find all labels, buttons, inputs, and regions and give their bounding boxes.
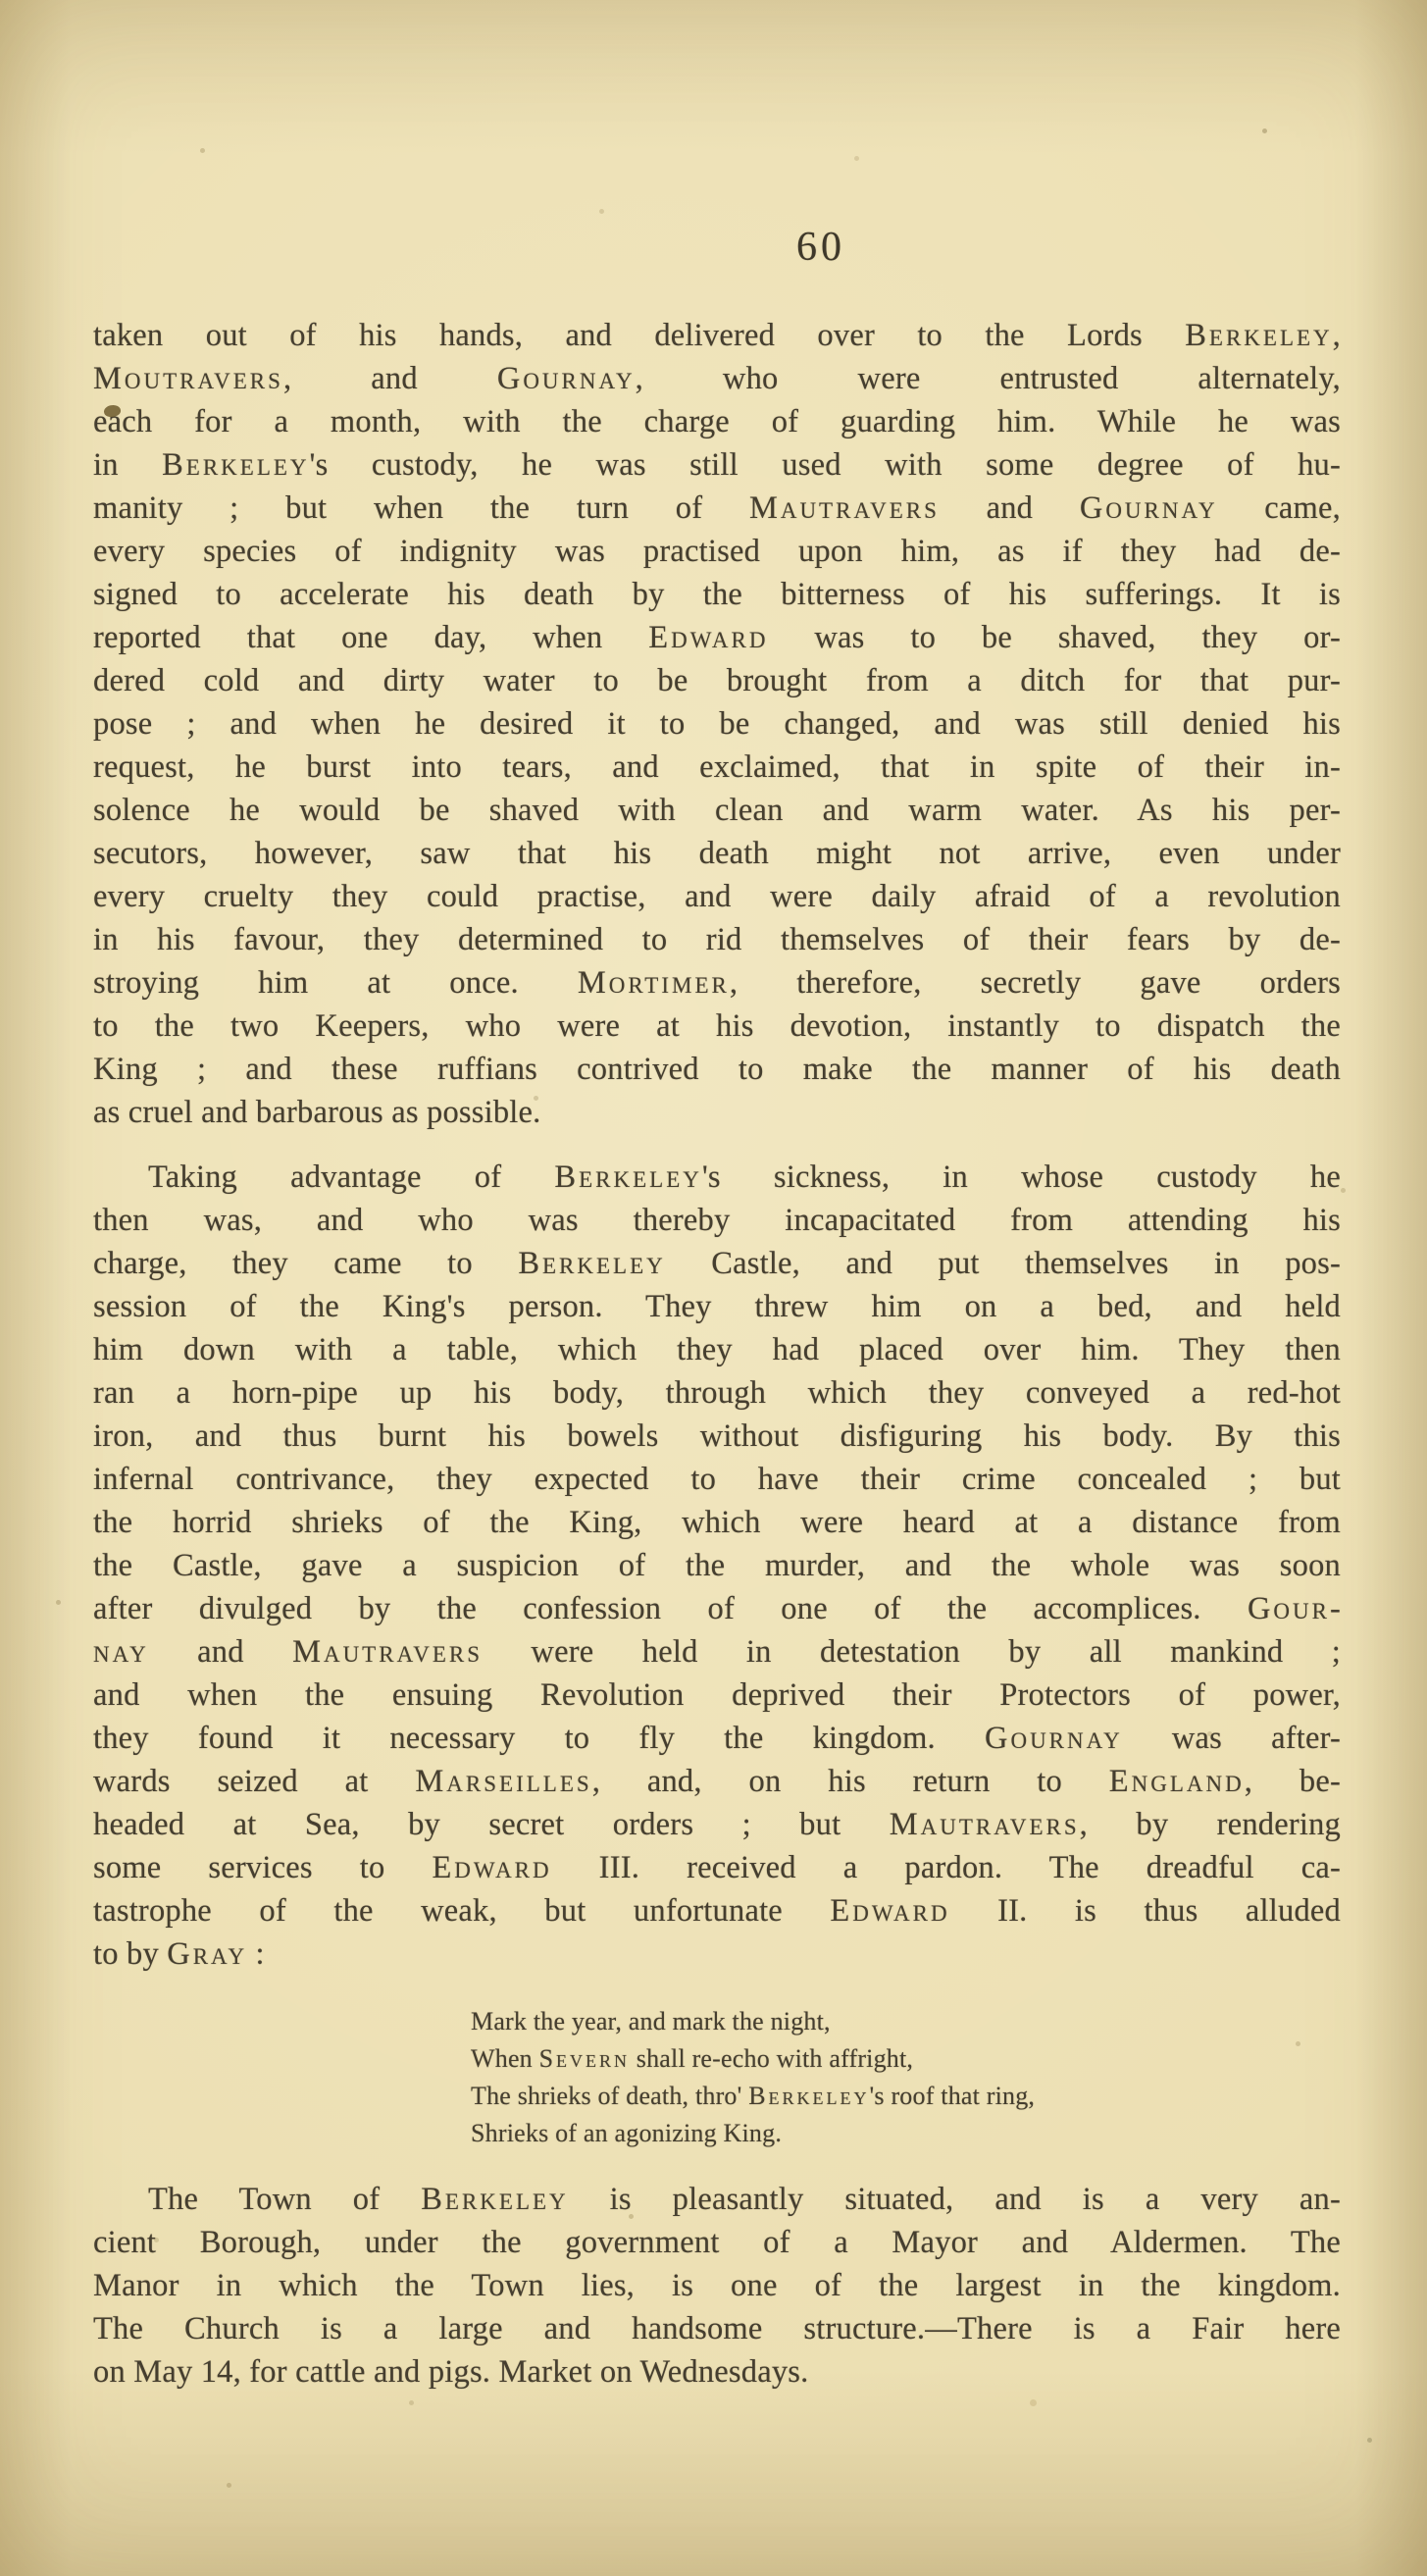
text-line: infernal contrivance, they expected to h… bbox=[93, 1458, 1341, 1501]
text-line: the horrid shrieks of the King, which we… bbox=[93, 1501, 1341, 1544]
text-line: signed to accelerate his death by the bi… bbox=[93, 573, 1341, 616]
small-caps-name: Berkeley bbox=[554, 1159, 701, 1195]
text-line: Taking advantage of Berkeley's sickness,… bbox=[93, 1156, 1341, 1199]
text-line: tastrophe of the weak, but unfortunate E… bbox=[93, 1889, 1341, 1932]
paragraph-murder-account: Taking advantage of Berkeley's sickness,… bbox=[93, 1156, 1341, 1976]
text-line: in Berkeley's custody, he was still used… bbox=[93, 443, 1341, 487]
text-line: to by Gray : bbox=[93, 1932, 1341, 1976]
small-caps-name: Mortimer bbox=[578, 965, 730, 1001]
paragraph-murder-orders: taken out of his hands, and delivered ov… bbox=[93, 314, 1341, 1134]
gray-verse-quote: Mark the year, and mark the night,When S… bbox=[471, 2003, 1341, 2152]
text-line: nay and Mautravers were held in detestat… bbox=[93, 1630, 1341, 1674]
text-line: Shrieks of an agonizing King. bbox=[471, 2115, 1341, 2152]
text-line: solence he would be shaved with clean an… bbox=[93, 789, 1341, 832]
small-caps-name: Berkeley bbox=[1185, 318, 1332, 353]
small-caps-name: Marseilles bbox=[415, 1764, 591, 1799]
text-block: taken out of his hands, and delivered ov… bbox=[93, 314, 1341, 2394]
small-caps-name: England bbox=[1109, 1764, 1245, 1799]
text-line: ran a horn-pipe up his body, through whi… bbox=[93, 1371, 1341, 1415]
text-line: him down with a table, which they had pl… bbox=[93, 1328, 1341, 1371]
small-caps-name: Gournay bbox=[1080, 490, 1218, 526]
text-line: manity ; but when the turn of Mautravers… bbox=[93, 487, 1341, 530]
paragraph-berkeley-town: The Town of Berkeley is pleasantly situa… bbox=[93, 2178, 1341, 2394]
small-caps-name: Mautravers bbox=[749, 490, 940, 526]
text-line: When Severn shall re-echo with affright, bbox=[471, 2040, 1341, 2078]
page-number: 60 bbox=[796, 224, 845, 271]
text-line: some services to Edward III. received a … bbox=[93, 1846, 1341, 1889]
text-line: they found it necessary to fly the kingd… bbox=[93, 1717, 1341, 1760]
text-line: on May 14, for cattle and pigs. Market o… bbox=[93, 2350, 1341, 2394]
small-caps-name: Gray bbox=[167, 1936, 247, 1972]
text-line: pose ; and when he desired it to be chan… bbox=[93, 702, 1341, 746]
small-caps-name: nay bbox=[93, 1634, 149, 1670]
small-caps-name: Moutravers bbox=[93, 361, 283, 396]
small-caps-name: Mautravers bbox=[890, 1807, 1080, 1842]
small-caps-name: Mautravers bbox=[292, 1634, 483, 1670]
book-page: 60 taken out of his hands, and delivered… bbox=[0, 0, 1427, 2576]
text-line: The shrieks of death, thro' Berkeley's r… bbox=[471, 2078, 1341, 2115]
text-line: taken out of his hands, and delivered ov… bbox=[93, 314, 1341, 357]
text-line: cient Borough, under the government of a… bbox=[93, 2221, 1341, 2264]
small-caps-name: Gour bbox=[1248, 1591, 1330, 1626]
text-line: then was, and who was thereby incapacita… bbox=[93, 1199, 1341, 1242]
text-line: charge, they came to Berkeley Castle, an… bbox=[93, 1242, 1341, 1285]
text-line: Mark the year, and mark the night, bbox=[471, 2003, 1341, 2040]
small-caps-name: Berkeley bbox=[518, 1246, 665, 1281]
small-caps-name: Edward bbox=[432, 1850, 551, 1885]
text-line: to the two Keepers, who were at his devo… bbox=[93, 1005, 1341, 1048]
small-caps-name: Gournay bbox=[497, 361, 636, 396]
text-line: King ; and these ruffians contrived to m… bbox=[93, 1048, 1341, 1091]
text-line: secutors, however, saw that his death mi… bbox=[93, 832, 1341, 875]
small-caps-name: Berkeley bbox=[162, 447, 309, 483]
text-line: Manor in which the Town lies, is one of … bbox=[93, 2264, 1341, 2307]
text-line: dered cold and dirty water to be brought… bbox=[93, 659, 1341, 702]
text-line: The Church is a large and handsome struc… bbox=[93, 2307, 1341, 2350]
text-line: stroying him at once. Mortimer, therefor… bbox=[93, 961, 1341, 1005]
text-line: after divulged by the confession of one … bbox=[93, 1587, 1341, 1630]
text-line: wards seized at Marseilles, and, on his … bbox=[93, 1760, 1341, 1803]
text-line: in his favour, they determined to rid th… bbox=[93, 918, 1341, 961]
small-caps-name: Edward bbox=[648, 620, 768, 655]
text-line: request, he burst into tears, and exclai… bbox=[93, 746, 1341, 789]
text-line: every species of indignity was practised… bbox=[93, 530, 1341, 573]
text-line: as cruel and barbarous as possible. bbox=[93, 1091, 1341, 1134]
small-caps-name: Berkeley bbox=[421, 2182, 568, 2217]
text-line: Moutravers, and Gournay, who were entrus… bbox=[93, 357, 1341, 400]
text-line: The Town of Berkeley is pleasantly situa… bbox=[93, 2178, 1341, 2221]
text-line: reported that one day, when Edward was t… bbox=[93, 616, 1341, 659]
small-caps-name: Gournay bbox=[985, 1721, 1123, 1756]
text-line: every cruelty they could practise, and w… bbox=[93, 875, 1341, 918]
text-line: headed at Sea, by secret orders ; but Ma… bbox=[93, 1803, 1341, 1846]
text-line: session of the King's person. They threw… bbox=[93, 1285, 1341, 1328]
small-caps-name: Berkeley bbox=[748, 2082, 869, 2110]
text-line: and when the ensuing Revolution deprived… bbox=[93, 1674, 1341, 1717]
small-caps-name: Edward bbox=[830, 1893, 949, 1929]
text-line: iron, and thus burnt his bowels without … bbox=[93, 1415, 1341, 1458]
paper-speckles bbox=[0, 0, 3, 3]
text-line: each for a month, with the charge of gua… bbox=[93, 400, 1341, 443]
small-caps-name: Severn bbox=[539, 2044, 630, 2073]
text-line: the Castle, gave a suspicion of the murd… bbox=[93, 1544, 1341, 1587]
